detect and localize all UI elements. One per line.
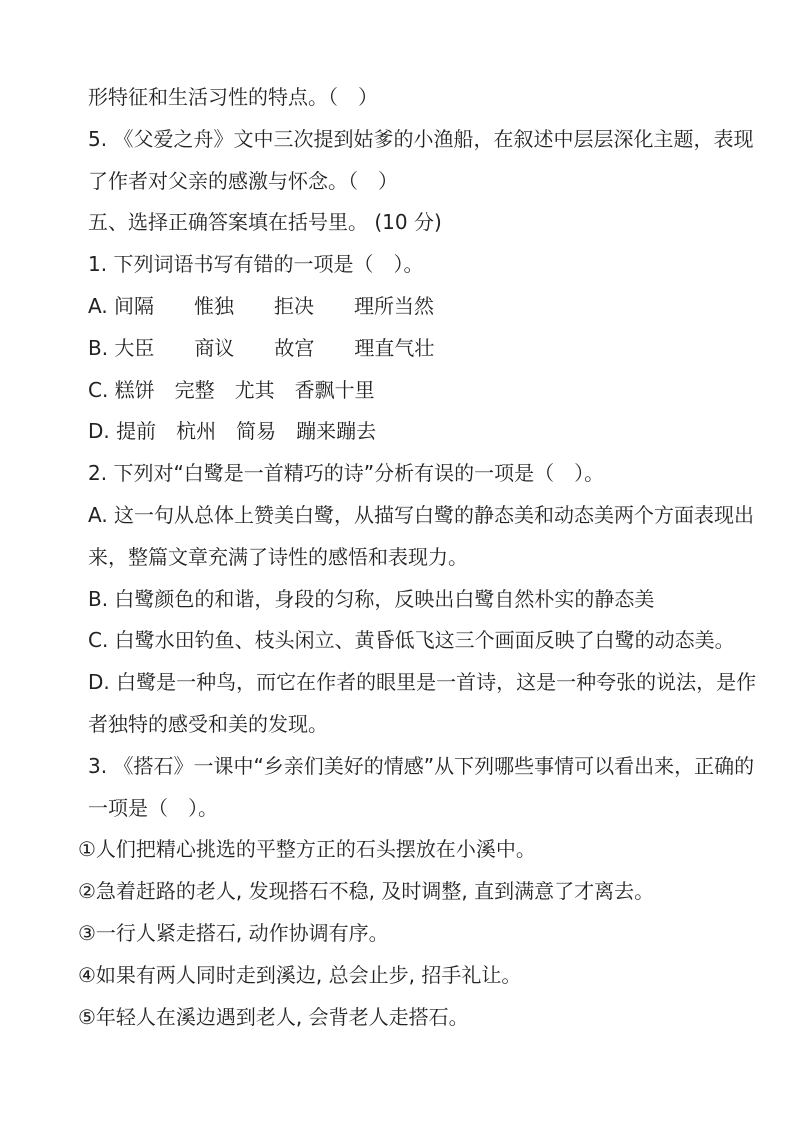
section-v-heading: 五、选择正确答案填在括号里。 (10 分) [0,202,793,244]
judge-question-5-line-1: 5. 《父爱之舟》文中三次提到姑爹的小渔船，在叙述中层层深化主题，表现 [0,119,793,161]
choice-question-3-line-2: 一项是（ ）。 [0,788,793,830]
q2-option-a-line-2: 来，整篇文章充满了诗性的感悟和表现力。 [0,537,793,579]
q3-statement-4: ④如果有两人同时走到溪边, 总会止步, 招手礼让。 [0,955,793,997]
exam-page: 形特征和生活习性的特点。（ ） 5. 《父爱之舟》文中三次提到姑爹的小渔船，在叙… [0,0,793,1122]
q1-option-c: C. 糕饼 完整 尤其 香飘十里 [0,370,793,412]
q1-option-a: A. 间隔 惟独 拒决 理所当然 [0,286,793,328]
exam-page-content: 形特征和生活习性的特点。（ ） 5. 《父爱之舟》文中三次提到姑爹的小渔船，在叙… [0,77,793,1038]
q3-statement-1: ①人们把精心挑选的平整方正的石头摆放在小溪中。 [0,829,793,871]
q3-statement-5: ⑤年轻人在溪边遇到老人, 会背老人走搭石。 [0,997,793,1039]
choice-question-2: 2. 下列对“白鹭是一首精巧的诗”分析有误的一项是（ ）。 [0,453,793,495]
choice-question-3-line-1: 3. 《搭石》一课中“乡亲们美好的情感”从下列哪些事情可以看出来，正确的 [0,746,793,788]
q2-option-c: C. 白鹭水田钓鱼、枝头闲立、黄昏低飞这三个画面反映了白鹭的动态美。 [0,620,793,662]
q2-option-d-line-2: 者独特的感受和美的发现。 [0,704,793,746]
q1-option-b: B. 大臣 商议 故宫 理直气壮 [0,328,793,370]
choice-question-1: 1. 下列词语书写有错的一项是（ ）。 [0,244,793,286]
q2-option-a-line-1: A. 这一句从总体上赞美白鹭，从描写白鹭的静态美和动态美两个方面表现出 [0,495,793,537]
judge-question-4-tail: 形特征和生活习性的特点。（ ） [0,77,793,119]
q3-statement-2: ②急着赶路的老人, 发现搭石不稳, 及时调整, 直到满意了才离去。 [0,871,793,913]
q1-option-d: D. 提前 杭州 简易 蹦来蹦去 [0,411,793,453]
q3-statement-3: ③一行人紧走搭石, 动作协调有序。 [0,913,793,955]
q2-option-b: B. 白鹭颜色的和谐，身段的匀称，反映出白鹭自然朴实的静态美 [0,579,793,621]
judge-question-5-line-2: 了作者对父亲的感激与怀念。（ ） [0,161,793,203]
q2-option-d-line-1: D. 白鹭是一种鸟，而它在作者的眼里是一首诗，这是一种夸张的说法，是作 [0,662,793,704]
